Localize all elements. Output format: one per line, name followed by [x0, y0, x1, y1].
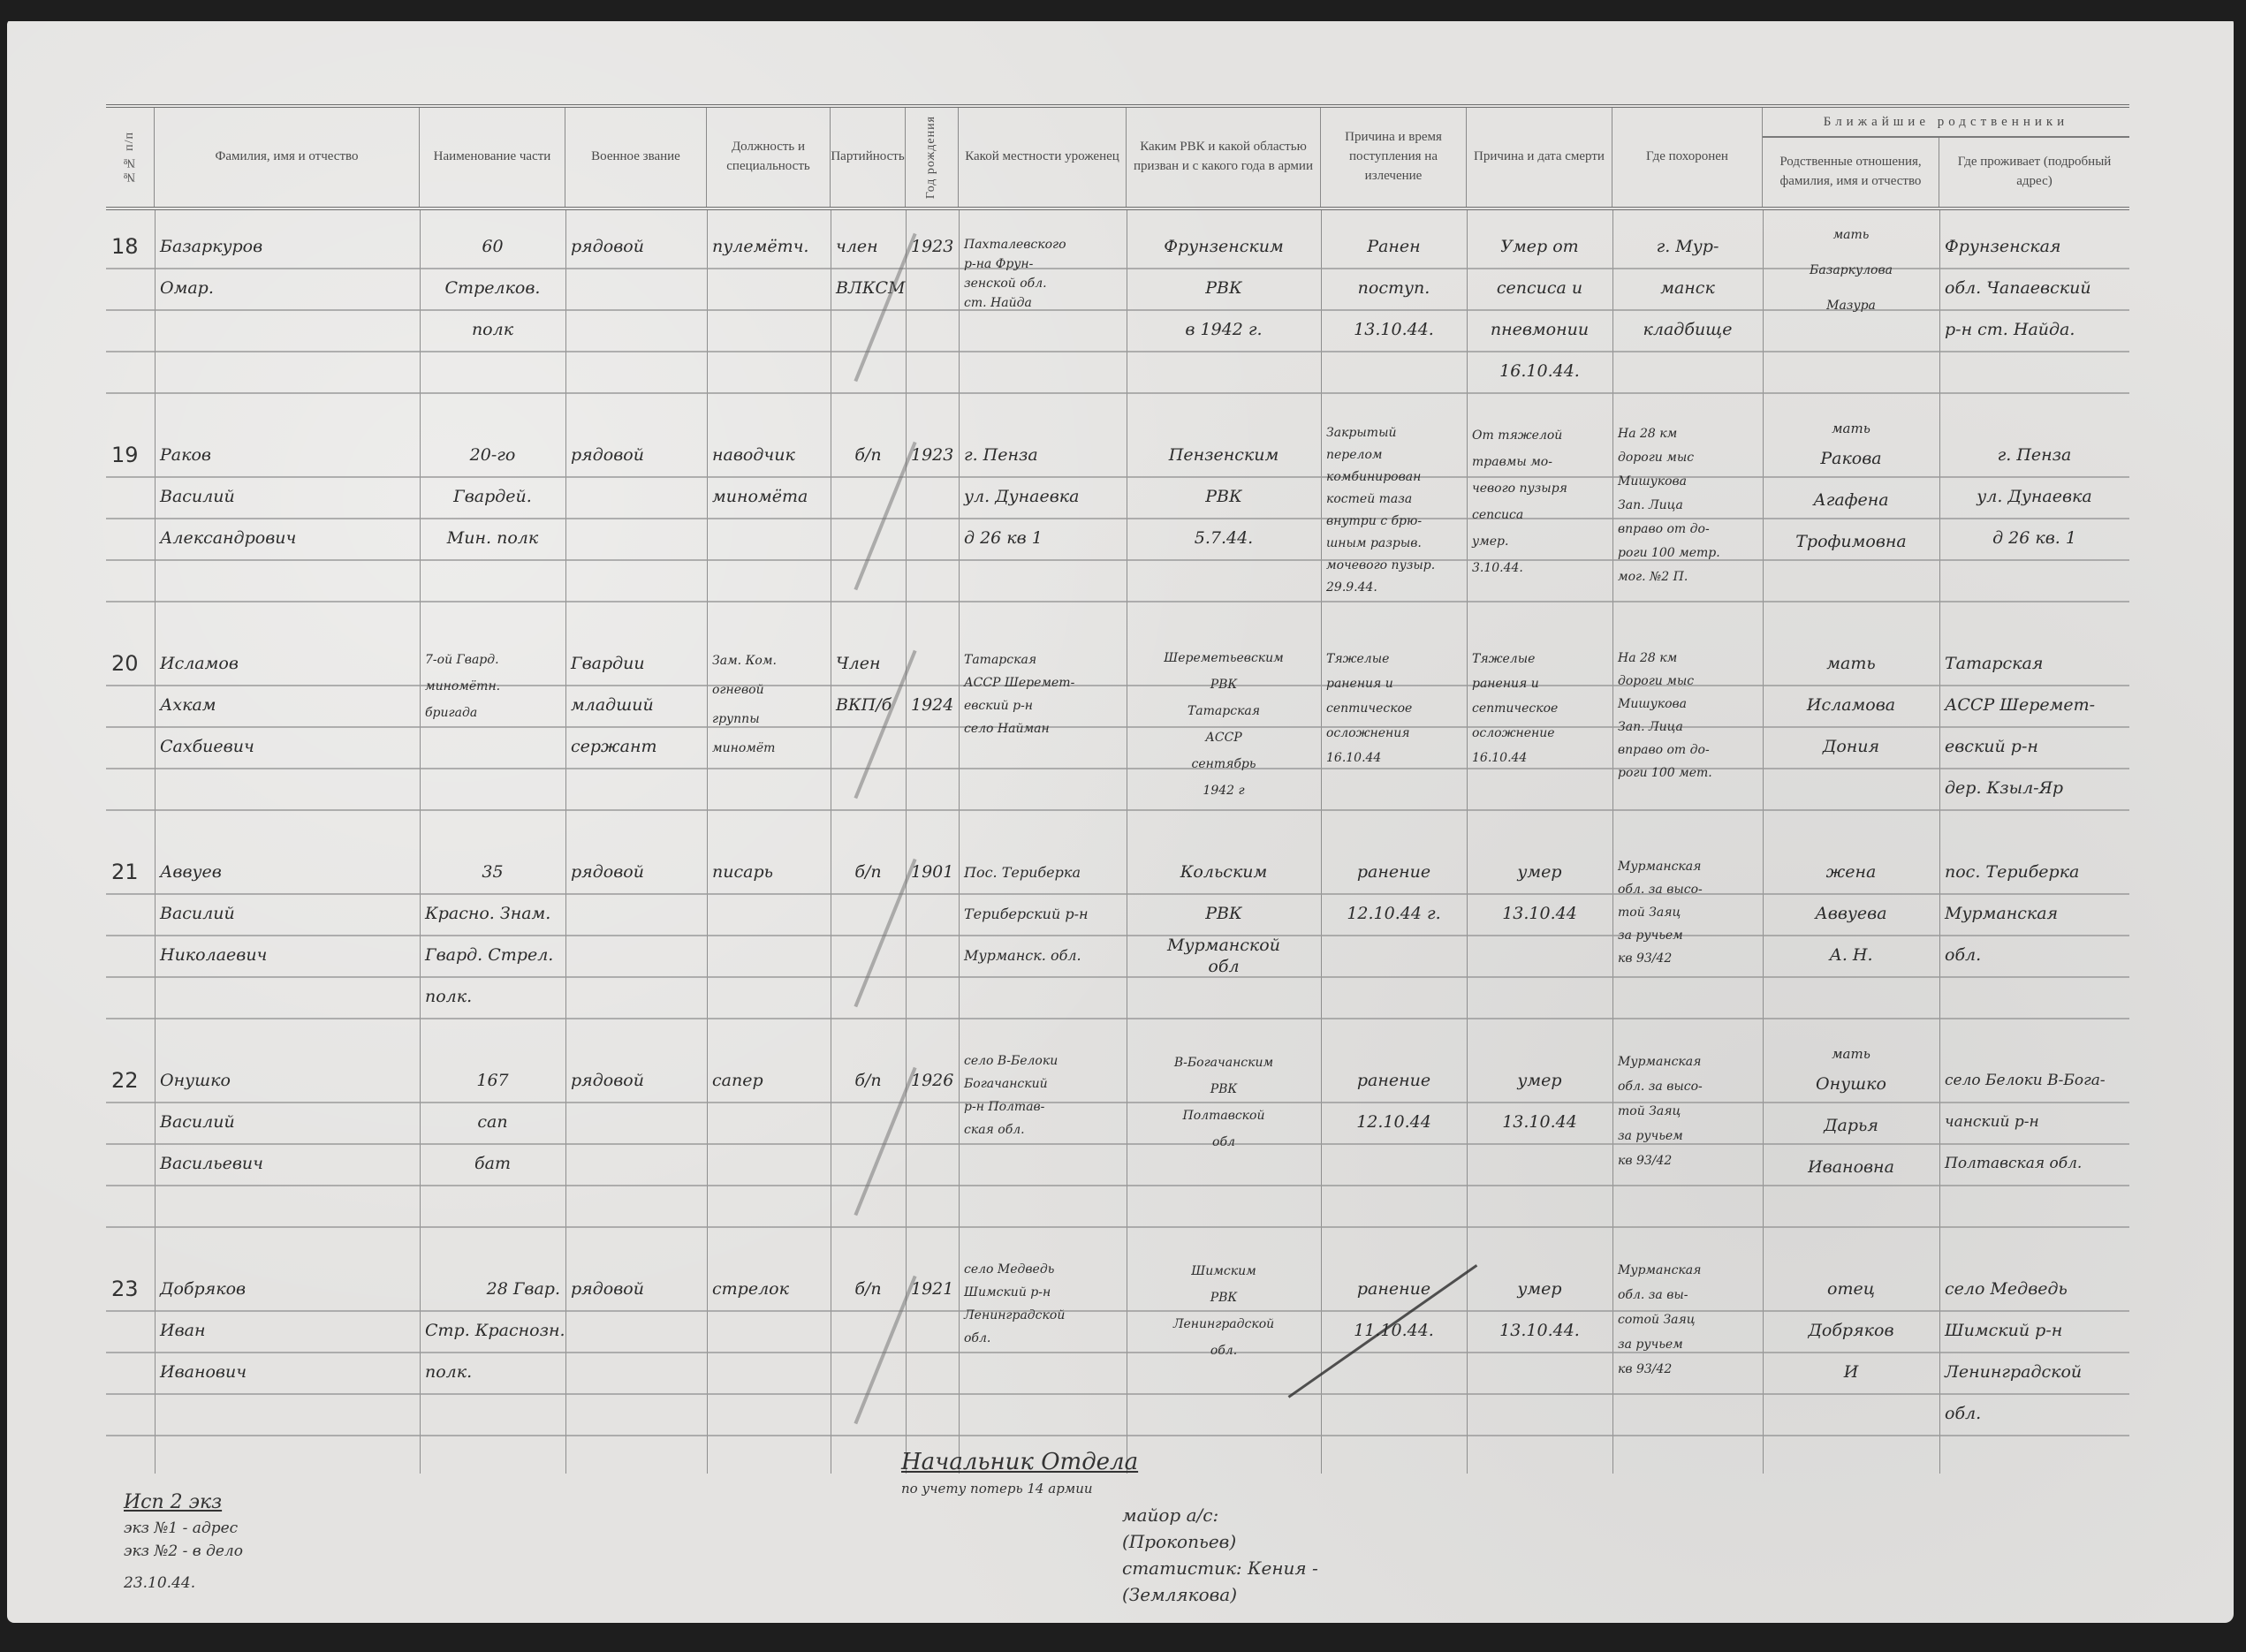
header-num: №№ п/п [106, 108, 155, 207]
relative-address: ТатарскаяАССР Шеремет-евский р-ндер. Кзы… [1939, 627, 2129, 836]
torn-edge-top [0, 0, 2246, 21]
birthplace: Пахталевскогор-на Фрун-зенской обл.ст. Н… [959, 210, 1127, 419]
burial-place: Мурманскаяобл. за высо-той Заяцза ручьем… [1612, 1044, 1763, 1253]
death: От тяжелойтравмы мо-чевого пузырясепсиса… [1467, 419, 1612, 627]
table-row: 20 ИсламовАхкамСахбиевич 7-ой Гвард.мино… [106, 627, 2129, 836]
header-birthplace: Какой местности уроженец [959, 108, 1127, 207]
soldier-name: БазаркуровОмар. [155, 210, 420, 419]
unit: 28 Гвар.Стр. Краснозн.полк. [420, 1253, 565, 1461]
position: Зам. Ком.огневойгруппыминомёт [707, 627, 831, 836]
burial-place: Мурманскаяобл. за высо-той Заяцза ручьем… [1612, 836, 1763, 1044]
relative-address: село МедведьШимский р-нЛенинградскойобл. [1939, 1253, 2129, 1461]
header-rank: Военное звание [565, 108, 707, 207]
row-number: 19 [106, 419, 155, 627]
row-number: 23 [106, 1253, 155, 1461]
header-rvk: Каким РВК и какой областью призван и с к… [1127, 108, 1321, 207]
table-row: 23 ДобряковИванИванович 28 Гвар.Стр. Кра… [106, 1253, 2129, 1461]
table-row: 22 ОнушкоВасилийВасильевич 167сапбат ряд… [106, 1044, 2129, 1253]
burial-place: На 28 кмдороги мысМишуковаЗап. Лицавправ… [1612, 419, 1763, 627]
soldier-name: ОнушкоВасилийВасильевич [155, 1044, 420, 1253]
torn-edge-bottom [0, 1624, 2246, 1652]
rank: Гвардиимладшийсержант [565, 627, 707, 836]
rvk: ПензенскимРВК5.7.44. [1127, 419, 1321, 627]
relative: женаАввуеваА. Н. [1763, 836, 1939, 1044]
signature-block: Начальник Отдела по учету потерь 14 арми… [901, 1449, 1318, 1608]
rvk: ШимскимРВКЛенинградскойобл. [1127, 1253, 1321, 1461]
party: б/п [831, 836, 906, 1044]
birthplace: г. Пензаул. Дунаевкад 26 кв 1 [959, 419, 1127, 627]
birthplace: село МедведьШимский р-нЛенинградскойобл. [959, 1253, 1127, 1461]
table-row: 18 БазаркуровОмар. 60Стрелков.полк рядов… [106, 210, 2129, 419]
relative-address: г. Пензаул. Дунаевкад 26 кв. 1 [1939, 419, 2129, 627]
rvk: ШереметьевскимРВКТатарскаяАССРсентябрь19… [1127, 627, 1321, 836]
soldier-name: ДобряковИванИванович [155, 1253, 420, 1461]
birthplace: Пос. ТериберкаТериберский р-нМурманск. о… [959, 836, 1127, 1044]
row-number: 21 [106, 836, 155, 1044]
header-birth-year: Год рождения [906, 108, 959, 207]
relative: отецДобряковИ [1763, 1253, 1939, 1461]
burial-place: г. Мур-мансккладбище [1612, 210, 1763, 419]
rank: рядовой [565, 1253, 707, 1461]
header-address: Где проживает (подробный адрес) [1939, 138, 2129, 207]
party: ЧленВКП/б [831, 627, 906, 836]
rvk: КольскимРВКМурманскойобл [1127, 836, 1321, 1044]
position: стрелок [707, 1253, 831, 1461]
relative: матьРаковаАгафенаТрофимовна [1763, 419, 1939, 627]
admission: Закрытыйпереломкомбинированкостей тазавн… [1321, 419, 1467, 627]
soldier-name: ИсламовАхкамСахбиевич [155, 627, 420, 836]
death: Умер отсепсиса ипневмонии16.10.44. [1467, 210, 1612, 419]
death: умер13.10.44 [1467, 836, 1612, 1044]
relative-address: пос. ТериберкаМурманскаяобл. [1939, 836, 2129, 1044]
header-party: Партийность [831, 108, 906, 207]
soldier-name: РаковВасилийАлександрович [155, 419, 420, 627]
position: сапер [707, 1044, 831, 1253]
table-body: 18 БазаркуровОмар. 60Стрелков.полк рядов… [106, 210, 2129, 1474]
row-number: 18 [106, 210, 155, 419]
relative: матьОнушкоДарьяИвановна [1763, 1044, 1939, 1253]
unit: 167сапбат [420, 1044, 565, 1253]
death: умер13.10.44 [1467, 1044, 1612, 1253]
casualty-register-table: №№ п/п Фамилия, имя и отчество Наименова… [106, 104, 2129, 1474]
rvk: В-БогачанскимРВКПолтавскойобл [1127, 1044, 1321, 1253]
row-number: 20 [106, 627, 155, 836]
unit: 60Стрелков.полк [420, 210, 565, 419]
header-admission: Причина и время поступления на излечение [1321, 108, 1467, 207]
burial-place: На 28 кмдороги мысМишуковаЗап. Лицавправ… [1612, 627, 1763, 836]
position: пулемётч. [707, 210, 831, 419]
header-unit: Наименование части [420, 108, 565, 207]
birthplace: село В-БелокиБогачанскийр-н Полтав-ская … [959, 1044, 1127, 1253]
birthplace: ТатарскаяАССР Шеремет-евский р-нсело Най… [959, 627, 1127, 836]
header-name: Фамилия, имя и отчество [155, 108, 420, 207]
table-row: 19 РаковВасилийАлександрович 20-гоГварде… [106, 419, 2129, 627]
position: писарь [707, 836, 831, 1044]
row-number: 22 [106, 1044, 155, 1253]
relative-address: село Белоки В-Бога-чанский р-нПолтавская… [1939, 1044, 2129, 1253]
unit: 20-гоГвардей.Мин. полк [420, 419, 565, 627]
rank: рядовой [565, 210, 707, 419]
table-header: №№ п/п Фамилия, имя и отчество Наименова… [106, 104, 2129, 210]
distribution-note: Исп 2 экз экз №1 - адрес экз №2 - в дело… [124, 1489, 243, 1595]
header-death: Причина и дата смерти [1467, 108, 1612, 207]
unit: 35Красно. Знам.Гвард. Стрел.полк. [420, 836, 565, 1044]
position: наводчикминомёта [707, 419, 831, 627]
relative-address: Фрунзенскаяобл. Чапаевскийр-н ст. Найда. [1939, 210, 2129, 419]
header-relative: Родственные отношения, фамилия, имя и от… [1763, 138, 1939, 207]
admission: Тяжелыеранения исептическоеосложнения16.… [1321, 627, 1467, 836]
relative: матьБазаркуловаМазура [1763, 210, 1939, 419]
party: б/п [831, 419, 906, 627]
rvk: ФрунзенскимРВКв 1942 г. [1127, 210, 1321, 419]
admission: Раненпоступ.13.10.44. [1321, 210, 1467, 419]
death: Тяжелыеранения исептическоеосложнение16.… [1467, 627, 1612, 836]
rank: рядовой [565, 419, 707, 627]
admission: ранение12.10.44 [1321, 1044, 1467, 1253]
admission: ранение12.10.44 г. [1321, 836, 1467, 1044]
party: б/п [831, 1044, 906, 1253]
header-relatives-group: Ближайшие родственники [1763, 108, 2129, 138]
rank: рядовой [565, 1044, 707, 1253]
party: б/п [831, 1253, 906, 1461]
party: членВЛКСМ [831, 210, 906, 419]
soldier-name: АввуевВасилийНиколаевич [155, 836, 420, 1044]
burial-place: Мурманскаяобл. за вы-сотой Заяцза ручьем… [1612, 1253, 1763, 1461]
table-row: 21 АввуевВасилийНиколаевич 35Красно. Зна… [106, 836, 2129, 1044]
header-position: Должность и специальность [707, 108, 831, 207]
relative: матьИсламоваДония [1763, 627, 1939, 836]
header-buried: Где похоронен [1612, 108, 1763, 207]
unit: 7-ой Гвард.миномётн.бригада [420, 627, 565, 836]
rank: рядовой [565, 836, 707, 1044]
